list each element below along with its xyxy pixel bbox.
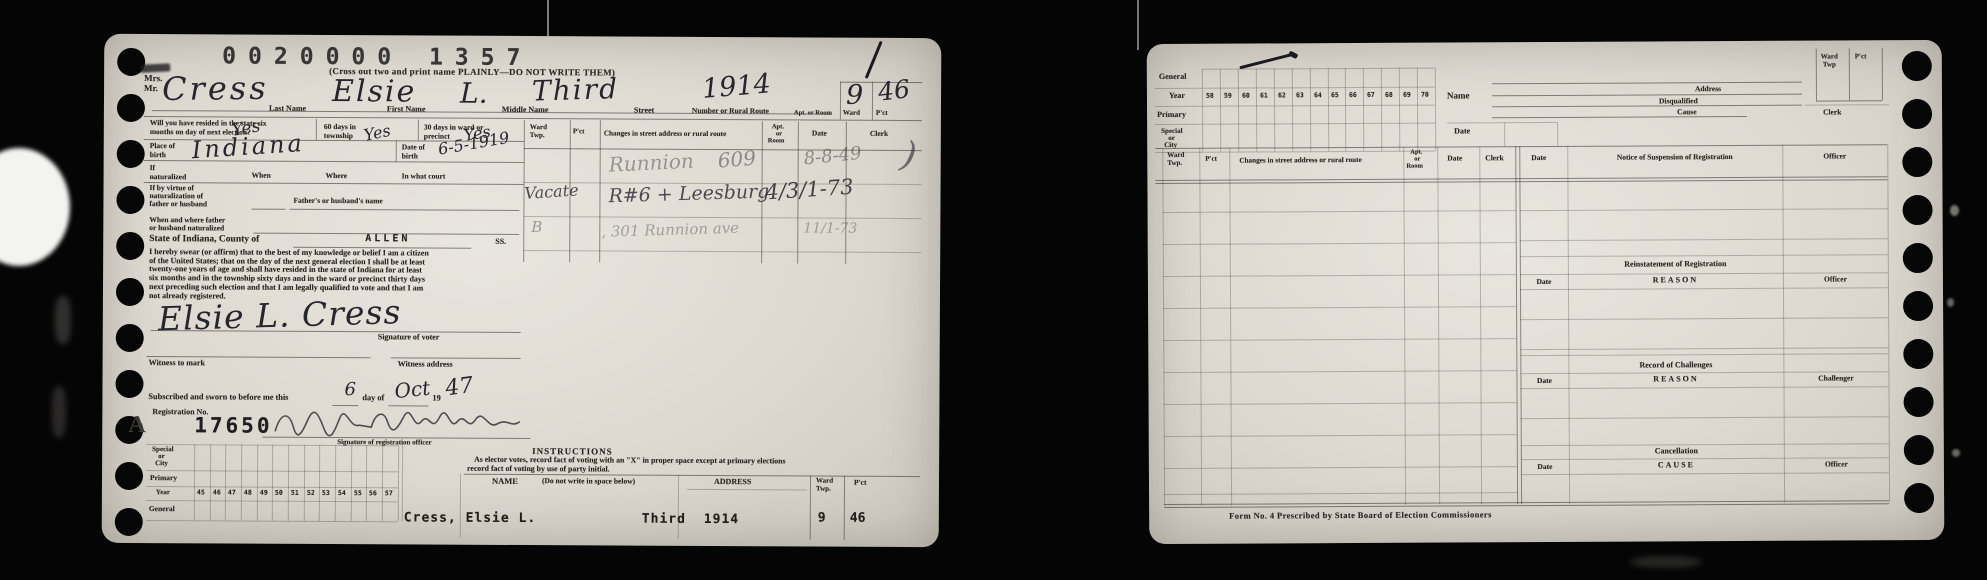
year-cell: 67 bbox=[1367, 92, 1375, 99]
header-rule bbox=[1492, 94, 1802, 97]
section-rule bbox=[464, 474, 920, 477]
year-cell: 52 bbox=[307, 490, 315, 497]
film-frame-line bbox=[547, 0, 549, 38]
grid-rule bbox=[1292, 68, 1293, 151]
year-cell: 65 bbox=[1331, 92, 1339, 99]
punch-hole bbox=[117, 140, 145, 168]
cell-rule bbox=[1504, 122, 1505, 146]
year-cell: 70 bbox=[1421, 92, 1429, 99]
index-address-label: ADDRESS bbox=[714, 478, 751, 487]
punch-hole bbox=[117, 94, 145, 122]
change-date: 11/1-73 bbox=[803, 221, 857, 235]
letter-stamp: A bbox=[128, 412, 145, 439]
film-speck bbox=[1947, 298, 1954, 307]
handwritten-check-mark bbox=[1288, 51, 1298, 60]
date-label: Date bbox=[1521, 463, 1569, 472]
number-rural-route-label: Number or Rural Route bbox=[692, 107, 769, 116]
typed-number: 1914 bbox=[704, 513, 739, 528]
year-cell: 59 bbox=[1224, 93, 1232, 100]
sworn-year-value: 47 bbox=[444, 375, 475, 401]
grid-rule bbox=[351, 445, 352, 521]
section-rule bbox=[844, 476, 845, 540]
row-rule bbox=[1163, 274, 1516, 277]
year-cell: 47 bbox=[228, 489, 236, 496]
header-rule bbox=[1492, 105, 1802, 108]
row-rule bbox=[1521, 416, 1889, 419]
index-ward-label: Twp. bbox=[816, 486, 831, 494]
row-rule bbox=[1520, 254, 1888, 257]
table-rule bbox=[523, 250, 921, 253]
pct-label: P'ct bbox=[1855, 53, 1867, 61]
row-rule bbox=[1164, 466, 1517, 469]
instructions-body: record fact of voting by use of party in… bbox=[467, 465, 610, 474]
row-rule bbox=[1164, 402, 1517, 405]
address-caption: Address bbox=[1695, 85, 1721, 94]
grid-rule bbox=[1328, 68, 1329, 151]
cell-rule bbox=[1447, 122, 1557, 124]
ward-header: Twp. bbox=[1167, 160, 1182, 168]
year-cell: 55 bbox=[354, 490, 362, 497]
punch-hole bbox=[115, 462, 143, 490]
typed-name: Cress, Elsie L. bbox=[404, 511, 536, 526]
punch-hole bbox=[116, 324, 144, 352]
grid-rule bbox=[241, 445, 242, 521]
officer-header: Officer bbox=[1782, 152, 1887, 161]
film-frame-line bbox=[1137, 0, 1139, 50]
row-rule bbox=[1163, 210, 1516, 213]
changes-date-header: Date bbox=[812, 130, 827, 138]
grid-rule bbox=[1345, 68, 1346, 151]
header-rule bbox=[1492, 82, 1802, 85]
witness-address-label: Witness address bbox=[398, 360, 453, 369]
do-not-write-note: (Do not write in space below) bbox=[542, 477, 635, 486]
ward-pct-box-rule bbox=[1816, 100, 1882, 101]
punch-hole bbox=[116, 278, 144, 306]
year-cell: 58 bbox=[1206, 93, 1214, 100]
typed-ward: 9 bbox=[818, 512, 826, 527]
day-of-label: day of bbox=[362, 393, 384, 402]
grid-rule bbox=[382, 445, 383, 521]
table-rule bbox=[1155, 144, 1887, 149]
section-rule bbox=[810, 476, 811, 540]
punch-hole bbox=[1902, 51, 1932, 81]
blank-rule bbox=[289, 209, 519, 211]
voter-registration-card-front: (Cross out two and print name PLAINLY—DO… bbox=[102, 34, 942, 547]
year-row-label: Year bbox=[1169, 92, 1185, 101]
year-cell: 51 bbox=[291, 490, 299, 497]
index-name-label: NAME bbox=[492, 477, 518, 487]
date-header: Date bbox=[1447, 154, 1462, 162]
father-husband-name-label: Father's or husband's name bbox=[293, 197, 382, 206]
grid-rule bbox=[366, 445, 367, 521]
film-smudge bbox=[55, 296, 71, 344]
cell-rule bbox=[316, 119, 317, 140]
year-cell: 63 bbox=[1296, 92, 1304, 99]
section-rule bbox=[460, 474, 461, 538]
row-rule bbox=[144, 182, 524, 185]
virtue-label: father or husband bbox=[149, 200, 207, 209]
punch-hole bbox=[1903, 291, 1933, 321]
signature-of-voter-label: Signature of voter bbox=[378, 333, 440, 342]
grid-rule bbox=[288, 445, 289, 521]
row-rule bbox=[1521, 472, 1889, 475]
sworn-month-value: Oct bbox=[394, 378, 431, 401]
grid-rule bbox=[335, 445, 336, 521]
changes-clerk-header: Clerk bbox=[870, 130, 888, 138]
ward-pct-box-rule bbox=[840, 82, 841, 120]
year-cell: 60 bbox=[1242, 93, 1250, 100]
prefix-mrs-label: Mrs. bbox=[144, 73, 162, 83]
reason-label: REASON bbox=[1568, 276, 1783, 286]
grid-rule bbox=[1238, 69, 1239, 152]
row-rule bbox=[1520, 353, 1888, 356]
name-label: Name bbox=[1447, 90, 1470, 100]
table-rule bbox=[1519, 146, 1522, 504]
cell-rule bbox=[396, 140, 397, 161]
year-cell: 57 bbox=[385, 490, 393, 497]
grid-rule bbox=[1155, 151, 1435, 153]
year-cell: 61 bbox=[1260, 92, 1268, 99]
changes-apt-header: Room bbox=[768, 137, 785, 144]
challenger-label: Challenger bbox=[1783, 374, 1888, 383]
last-name-label: Last Name bbox=[269, 105, 306, 114]
table-rule bbox=[1887, 144, 1890, 502]
year-cell: 46 bbox=[213, 489, 221, 496]
year-cell: 69 bbox=[1403, 92, 1411, 99]
punch-hole bbox=[1904, 435, 1934, 465]
prefix-mr-label: Mr. bbox=[144, 83, 158, 93]
written-ward: 9 bbox=[846, 82, 863, 109]
change-date: 8-8-49 bbox=[803, 145, 862, 169]
form-number-footer: Form No. 4 Prescribed by State Board of … bbox=[1229, 510, 1492, 521]
handwritten-check-mark bbox=[1239, 53, 1294, 70]
apt-header: Room bbox=[1406, 163, 1423, 170]
film-speck bbox=[1950, 205, 1959, 216]
table-rule bbox=[1229, 148, 1232, 506]
county-line-label: State of Indiana, County of bbox=[149, 234, 259, 245]
challenges-title: Record of Challenges bbox=[1568, 361, 1783, 371]
pct-header: P'ct bbox=[1205, 156, 1217, 164]
microfilm-scan: (Cross out two and print name PLAINLY—DO… bbox=[0, 0, 1987, 580]
punch-hole bbox=[116, 186, 144, 214]
voter-registration-card-back: General Year Primary Special or City 58 … bbox=[1147, 40, 1945, 544]
year-cell: 56 bbox=[369, 490, 377, 497]
handwritten-check-mark bbox=[865, 41, 883, 79]
grid-rule bbox=[1417, 68, 1418, 151]
table-rule bbox=[1515, 146, 1518, 504]
grid-rule bbox=[1155, 105, 1435, 107]
typed-pct: 46 bbox=[850, 512, 866, 527]
registration-number-stamp: 17650 bbox=[194, 414, 272, 438]
ward-pct-box-rule bbox=[872, 82, 873, 120]
general-row-label: General bbox=[149, 505, 175, 514]
general-row-label: General bbox=[1159, 73, 1187, 82]
table-rule bbox=[1403, 147, 1406, 505]
grid-rule bbox=[1381, 68, 1382, 151]
year-cell: 53 bbox=[322, 490, 330, 497]
when-where-naturalized-label: or husband naturalized bbox=[149, 224, 224, 233]
reason-label: REASON bbox=[1568, 375, 1783, 385]
table-rule bbox=[1437, 147, 1440, 505]
ward-pct-box-rule bbox=[1816, 49, 1817, 101]
year-cell: 48 bbox=[244, 490, 252, 497]
pct-label: P'ct bbox=[876, 110, 888, 118]
ss-label: SS. bbox=[495, 238, 506, 247]
row-rule bbox=[1164, 434, 1517, 437]
ward-label: Ward bbox=[843, 110, 860, 118]
row-rule bbox=[1520, 208, 1888, 211]
witness-to-mark-label: Witness to mark bbox=[149, 359, 205, 368]
cell-rule bbox=[1805, 104, 1889, 105]
cell-rule bbox=[1557, 122, 1558, 146]
changes-pct-header: P'ct bbox=[573, 128, 585, 136]
year-cell: 50 bbox=[275, 490, 283, 497]
written-pct: 46 bbox=[877, 76, 912, 105]
punch-hole bbox=[1904, 387, 1934, 417]
blank-rule bbox=[687, 489, 807, 491]
change-entry: Runnion bbox=[608, 151, 694, 175]
grid-rule bbox=[398, 445, 399, 521]
punch-hole bbox=[1904, 483, 1934, 513]
grid-rule bbox=[1155, 87, 1435, 89]
written-middle-initial: L. bbox=[460, 80, 488, 108]
film-smudge bbox=[52, 386, 66, 438]
grid-rule bbox=[210, 444, 211, 520]
row-rule bbox=[1520, 287, 1888, 290]
apt-room-label: Apt. or Room bbox=[794, 109, 832, 116]
cancellation-title: Cancellation bbox=[1569, 447, 1784, 457]
change-prefix: Vacate bbox=[524, 182, 579, 201]
primary-row-label: Primary bbox=[150, 474, 177, 483]
place-of-birth-label: Place of birth bbox=[150, 142, 186, 159]
date-of-birth-label: Date of birth bbox=[402, 143, 436, 160]
table-rule bbox=[1199, 148, 1202, 506]
year-cell: 66 bbox=[1349, 92, 1357, 99]
grid-rule bbox=[1202, 69, 1203, 152]
row-rule bbox=[1520, 317, 1888, 320]
written-house-number: 1914 bbox=[701, 70, 772, 103]
grid-rule bbox=[319, 445, 320, 521]
change-date: 4/3/1-73 bbox=[765, 177, 854, 204]
row-rule bbox=[1520, 238, 1888, 241]
primary-row-label: Primary bbox=[1157, 111, 1186, 120]
table-rule bbox=[1162, 148, 1165, 506]
index-pct-label: P'ct bbox=[854, 479, 867, 487]
grid-rule bbox=[304, 445, 305, 521]
ward-pct-box-rule bbox=[1882, 48, 1883, 100]
sworn-day-value: 6 bbox=[344, 381, 356, 399]
punch-hole bbox=[1902, 195, 1932, 225]
clerk-flourish: ) bbox=[898, 137, 919, 175]
written-last-name: Cress bbox=[162, 72, 269, 105]
grid-rule bbox=[1256, 69, 1257, 152]
change-entry: , 301 Runnion ave bbox=[601, 221, 739, 240]
change-entry: R#6 + Leesburg bbox=[608, 182, 769, 206]
year-cell: 54 bbox=[338, 490, 346, 497]
grid-rule bbox=[1155, 123, 1435, 125]
film-light-blob bbox=[0, 148, 70, 266]
ward-label: Twp bbox=[1823, 61, 1836, 69]
table-rule bbox=[599, 120, 601, 262]
table-rule bbox=[1479, 146, 1482, 504]
sworn-lead-label: Subscribed and sworn to before me this bbox=[148, 392, 288, 402]
year-cell: 68 bbox=[1385, 92, 1393, 99]
year-prefix-label: 19 bbox=[432, 394, 440, 403]
street-label: Street bbox=[634, 107, 654, 116]
cause-label: CAUSE bbox=[1569, 461, 1784, 471]
court-label: In what court bbox=[402, 172, 446, 181]
row-rule bbox=[1163, 306, 1516, 309]
written-first-name: Elsie bbox=[332, 77, 416, 107]
grid-rule bbox=[1363, 68, 1364, 151]
grid-rule bbox=[257, 445, 258, 521]
row-rule bbox=[1163, 370, 1516, 373]
blank-rule bbox=[251, 209, 285, 210]
change-prefix: B bbox=[531, 220, 542, 235]
punch-hole bbox=[115, 508, 143, 536]
clerk-caption: Clerk bbox=[1823, 108, 1841, 116]
where-label: Where bbox=[326, 172, 348, 181]
changes-header: Changes in street address or rural route bbox=[604, 129, 726, 138]
punch-hole bbox=[115, 370, 143, 398]
row-rule bbox=[1164, 492, 1517, 495]
header-rule bbox=[1492, 116, 1747, 118]
year-cell: 62 bbox=[1278, 92, 1286, 99]
row-rule bbox=[1163, 338, 1516, 341]
if-naturalized-label: If naturalized bbox=[150, 164, 192, 181]
film-smudge bbox=[1630, 556, 1702, 568]
officer-label: Officer bbox=[1784, 460, 1889, 469]
date-label: Date bbox=[1454, 127, 1470, 136]
officer-label: Officer bbox=[1783, 275, 1888, 284]
changes-header: Changes in street address or rural route bbox=[1239, 156, 1361, 165]
punch-hole bbox=[1902, 99, 1932, 129]
date-label: Date bbox=[1520, 278, 1568, 287]
date-label: Date bbox=[1520, 377, 1568, 386]
row-rule bbox=[1163, 242, 1516, 245]
grid-rule bbox=[1202, 68, 1435, 70]
first-name-label: First Name bbox=[387, 105, 425, 114]
middle-name-label: Middle Name bbox=[502, 106, 548, 115]
place-of-birth-value: Indiana bbox=[191, 131, 305, 162]
date-header: Date bbox=[1531, 154, 1546, 162]
grid-rule bbox=[1220, 69, 1221, 152]
changes-ward-header: Twp. bbox=[530, 132, 545, 140]
section-rule bbox=[678, 475, 679, 539]
year-row-label: Year bbox=[156, 489, 170, 497]
punch-hole bbox=[116, 232, 144, 260]
row-rule bbox=[1521, 443, 1889, 446]
grid-rule bbox=[194, 444, 195, 520]
reinstatement-title: Reinstatement of Registration bbox=[1568, 260, 1783, 270]
grid-rule bbox=[225, 444, 226, 520]
special-row-label: City bbox=[155, 460, 168, 468]
grid-rule bbox=[1274, 68, 1275, 151]
cell-rule bbox=[418, 119, 419, 140]
written-street: Third bbox=[532, 75, 620, 106]
when-label: When bbox=[252, 172, 271, 180]
grid-rule bbox=[1435, 68, 1436, 151]
change-entry-number: 609 bbox=[717, 148, 757, 171]
serial-number-stamp: 0020000 1357 bbox=[222, 44, 532, 71]
typed-street: Third bbox=[642, 513, 686, 528]
grid-rule bbox=[272, 445, 273, 521]
film-speck bbox=[1952, 449, 1960, 457]
clerk-header: Clerk bbox=[1485, 154, 1503, 162]
punch-hole bbox=[1903, 339, 1933, 369]
grid-rule bbox=[1310, 68, 1311, 151]
county-value: ALLEN bbox=[365, 233, 410, 244]
punch-hole bbox=[1902, 147, 1932, 177]
row-rule bbox=[1521, 386, 1889, 389]
year-cell: 49 bbox=[260, 490, 268, 497]
year-cell: 45 bbox=[197, 489, 205, 496]
punch-hole bbox=[1903, 243, 1933, 273]
row-rule bbox=[1520, 347, 1888, 350]
grid-rule bbox=[1399, 68, 1400, 151]
ward-pct-box-rule bbox=[1849, 48, 1850, 100]
suspension-header: Notice of Suspension of Registration bbox=[1567, 153, 1782, 163]
year-cell: 64 bbox=[1314, 92, 1322, 99]
